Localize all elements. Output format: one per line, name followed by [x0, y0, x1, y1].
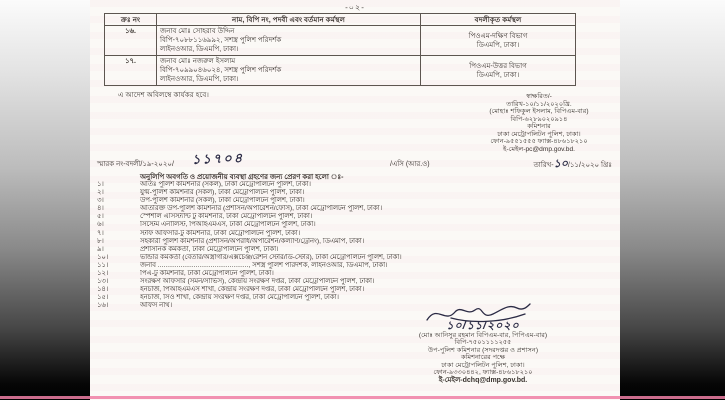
list-item: ৩।উপ-পুলিশ কমিশনার (সকল), ঢাকা মেট্রোপলি…	[97, 197, 613, 205]
list-item: ৯।প্রশাসনিক কর্মকর্তা, ঢাকা মেট্রোপলিটন …	[97, 246, 613, 254]
serial-cell: ১৭.	[105, 56, 157, 86]
memo-date: তারিখ-১০/১১/২০২০ খ্রিঃ	[534, 155, 612, 174]
serial-cell: ১৬.	[105, 26, 157, 56]
officer-workplace: লাইনওআর, ডিএমপি, ঢাকা।	[160, 75, 417, 84]
bottom-edge-pink-line	[0, 396, 725, 399]
header-new-posting: বদলীকৃত কর্মস্থল	[421, 14, 576, 26]
signatory-email: ই-মেইল-dchq@dmp.gov.bd.	[368, 377, 598, 385]
officer-bp-rank: বিপি-৭০৯৯০৪৬০২৪, সশস্ত্র পুলিশ পরিদর্শক	[160, 66, 417, 75]
list-item: ৬।সিস্টেম এনালিস্ট, পিআইএমএস, ঢাকা মেট্র…	[97, 221, 613, 229]
new-posting-cell: পিওএম-দক্ষিণ বিভাগ ডিএমপি, ঢাকা।	[421, 26, 576, 56]
handwritten-signature-date: ১০/১১/২০২০	[368, 323, 598, 331]
new-posting-division: পিওএম-দক্ষিণ বিভাগ	[424, 32, 572, 41]
signatory-bp: বিপি-৭৫০১১১১২৫৫	[368, 339, 598, 347]
transfer-order-table: ক্রঃ নং নাম, বিপি নং, পদবী এবং বর্তমান ক…	[104, 13, 576, 86]
left-scan-gradient-edge	[0, 0, 90, 400]
document-body: -০২- ক্রঃ নং নাম, বিপি নং, পদবী এবং বর্ত…	[90, 0, 620, 400]
officer-workplace: লাইনওআর, ডিএমপি, ঢাকা।	[160, 45, 417, 54]
signatory-title: কমিশনার	[455, 123, 623, 131]
list-item: ১০।ভান্ডার কর্মকর্তা (বেতার/অস্ত্রাগার/এ…	[97, 254, 613, 262]
officer-name: জনাব মোঃ সোহরাব উদ্দিন	[160, 27, 417, 36]
commissioner-signature-block: স্বাক্ষরিত/- তারিখ-১০/১১/২০২০খ্রি. (মোহা…	[455, 93, 623, 153]
deputy-commissioner-signature-block: ১০/১১/২০২০ (মোঃ আনিসুর রহমান বিপিএম-বার,…	[368, 301, 598, 385]
header-serial-no: ক্রঃ নং	[105, 14, 157, 26]
list-item: ১।অতিঃ পুলিশ কমিশনার (সকল), ঢাকা মেট্রোপ…	[97, 181, 613, 189]
details-cell: জনাব মোঃ সোহরাব উদ্দিন বিপি-৭০৮৮১১৬৯৯২, …	[157, 26, 421, 56]
effective-immediately-note: এ আদেশ অবিলম্বে কার্যকর হবে।	[118, 90, 209, 102]
memo-date-suffix: /১১/২০২০ খ্রিঃ	[568, 162, 612, 169]
new-posting-cell: পিওএম-উত্তর বিভাগ ডিএমপি, ঢাকা।	[421, 56, 576, 86]
on-behalf-note: কমিশনারের পক্ষে	[368, 354, 598, 362]
list-item: ৭।স্টাফ অফিসার-টু কমিশনার, ঢাকা মেট্রোপল…	[97, 230, 613, 238]
table-row: ১৭. জনাব মোঃ নজরুল ইসলাম বিপি-৭০৯৯০৪৬০২৪…	[105, 56, 576, 86]
list-item: ২।যুগ্ম-পুলিশ কমিশনার (সকল), ঢাকা মেট্রো…	[97, 189, 613, 197]
header-name-details: নাম, বিপি নং, পদবী এবং বর্তমান কর্মস্থল	[157, 14, 421, 26]
list-item: ৮।সহকারী পুলিশ কমিশনার (প্রশাসন/অপরাধ/অপ…	[97, 238, 613, 246]
memo-number-handwritten: ১১৭০৪	[192, 149, 245, 172]
list-item: ৪।অতিরিক্ত উপ-পুলিশ কমিশনার (প্রশাসন/অপা…	[97, 205, 613, 213]
signatory-org: ঢাকা মেট্রোপলিটন পুলিশ, ঢাকা।	[455, 131, 623, 139]
new-posting-division: পিওএম-উত্তর বিভাগ	[424, 62, 572, 71]
list-item: ১৩।সংরক্ষণ অফিসার (সমন/সার্ভিস), কেন্দ্র…	[97, 278, 613, 286]
right-scan-gradient-edge	[620, 0, 725, 400]
signature-date: তারিখ-১০/১১/২০২০খ্রি.	[455, 101, 623, 109]
officer-name: জনাব মোঃ নজরুল ইসলাম	[160, 57, 417, 66]
table-row: ১৬. জনাব মোঃ সোহরাব উদ্দিন বিপি-৭০৮৮১১৬৯…	[105, 26, 576, 56]
distribution-list: ১।অতিঃ পুলিশ কমিশনার (সকল), ঢাকা মেট্রোপ…	[97, 181, 613, 311]
new-posting-org: ডিএমপি, ঢাকা।	[424, 71, 572, 80]
signed-label: স্বাক্ষরিত/-	[455, 93, 623, 101]
memo-date-prefix: তারিখ-	[534, 162, 554, 169]
table-header-row: ক্রঃ নং নাম, বিপি নং, পদবী এবং বর্তমান ক…	[105, 14, 576, 26]
scanned-document-page: -০২- ক্রঃ নং নাম, বিপি নং, পদবী এবং বর্ত…	[0, 0, 725, 400]
details-cell: জনাব মোঃ নজরুল ইসলাম বিপি-৭০৯৯০৪৬০২৪, সশ…	[157, 56, 421, 86]
signatory-name: (মোহাঃ শফিকুল ইসলাম, বিপিএম-বার)	[455, 108, 623, 116]
signatory-phone: ফোন-৯৫৫১৫৫৫ ফ্যাক্স-৪৮৬১৮২১০	[455, 138, 623, 146]
memo-suffix: /এসি (আর.ও)	[390, 158, 430, 170]
signatory-bp: বিপি-৬২৮৯০২০৯১৪	[455, 116, 623, 124]
list-item: ১১।জনাব ................................…	[97, 262, 613, 270]
memo-prefix: স্মারক নং-বদলী/১৯-২০২০/	[97, 158, 174, 170]
new-posting-org: ডিএমপি, ঢাকা।	[424, 41, 572, 50]
signatory-phone: ফোন-৯৩৩০৪৪২, ফ্যাক্স-৪৮৬১৮২১০	[368, 369, 598, 377]
list-item: ১২।পিএ-টু কমিশনার, ঢাকা মেট্রোপলিটন পুলি…	[97, 270, 613, 278]
signatory-name: (মোঃ আনিসুর রহমান বিপিএম-বার, পিপিএম-বার…	[368, 332, 598, 340]
signatory-org: ঢাকা মেট্রোপলিটন পুলিশ, ঢাকা।	[368, 362, 598, 370]
list-item: ৫।স্পেশাল এসিস্ট্যান্ট টু কমিশনার, ঢাকা …	[97, 213, 613, 221]
memo-date-handwritten: ১০	[554, 158, 568, 170]
officer-bp-rank: বিপি-৭০৮৮১১৬৯৯২, সশস্ত্র পুলিশ পরিদর্শক	[160, 36, 417, 45]
list-item: ১৪।ইনচার্জ, পিআইএমএস শাখা, কেন্দ্রীয় সং…	[97, 286, 613, 294]
